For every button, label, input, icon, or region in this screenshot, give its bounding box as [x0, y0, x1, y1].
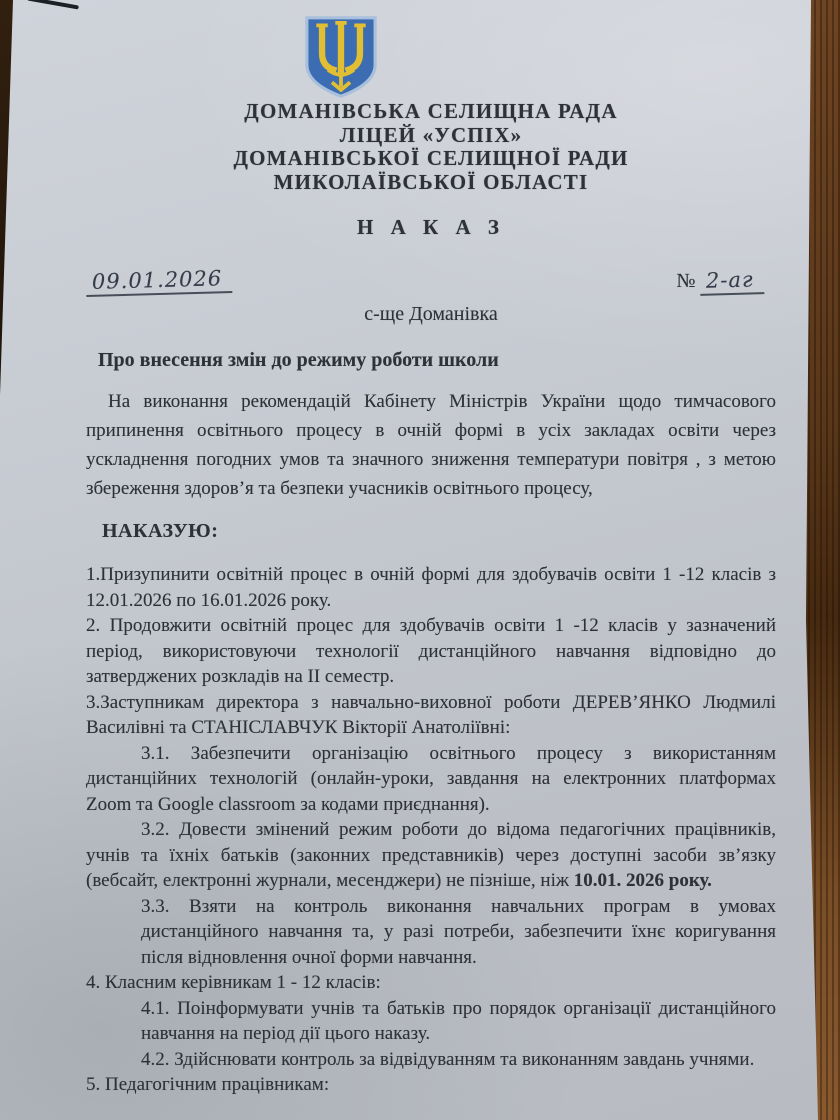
- paper-sheet: ДОМАНІВСЬКА СЕЛИЩНА РАДА ЛІЦЕЙ «УСПІХ» Д…: [0, 0, 840, 1120]
- order-item: 4.1. Поінформувати учнів та батьків про …: [141, 996, 776, 1047]
- order-item: 3.1. Забезпечити організацію освітнього …: [86, 741, 776, 818]
- org-line-4: МИКОЛАЇВСЬКОЇ ОБЛАСТІ: [86, 171, 776, 195]
- document-content: ДОМАНІВСЬКА СЕЛИЩНА РАДА ЛІЦЕЙ «УСПІХ» Д…: [86, 0, 776, 1098]
- number-group: № 2-аг: [676, 268, 764, 295]
- preamble-paragraph: На виконання рекомендацій Кабінету Мініс…: [86, 387, 776, 503]
- date-handwritten: 09.01.2026: [86, 266, 233, 297]
- number-handwritten: 2-аг: [700, 267, 764, 296]
- order-item: 3.2. Довести змінений режим роботи до ві…: [86, 817, 776, 894]
- order-items: 1.Призупинити освітній процес в очній фо…: [86, 562, 776, 1098]
- order-item: 2. Продовжити освітній процес для здобув…: [86, 613, 776, 690]
- org-line-2: ЛІЦЕЙ «УСПІХ»: [86, 124, 776, 148]
- document-photo: ДОМАНІВСЬКА СЕЛИЩНА РАДА ЛІЦЕЙ «УСПІХ» Д…: [0, 0, 840, 1120]
- decree-word: НАКАЗУЮ:: [86, 520, 776, 543]
- subject-line: Про внесення змін до режиму роботи школи: [86, 349, 776, 372]
- number-label: №: [676, 270, 695, 292]
- order-item: 5. Педагогічним працівникам:: [86, 1072, 776, 1098]
- organization-header: ДОМАНІВСЬКА СЕЛИЩНА РАДА ЛІЦЕЙ «УСПІХ» Д…: [86, 100, 776, 194]
- order-item: 4.2. Здійснювати контроль за відвідуванн…: [141, 1047, 776, 1073]
- order-item: 1.Призупинити освітній процес в очній фо…: [86, 562, 776, 613]
- bold-date-emphasis: 10.01. 2026 року.: [574, 870, 712, 891]
- order-item: 3.Заступникам директора з навчально-вихо…: [86, 690, 776, 741]
- org-line-3: ДОМАНІВСЬКОЇ СЕЛИЩНОЇ РАДИ: [86, 147, 776, 171]
- order-item: 3.3. Взяти на контроль виконання навчаль…: [141, 894, 776, 971]
- place-line: с-ще Доманівка: [86, 303, 776, 326]
- order-item: 4. Класним керівникам 1 - 12 класів:: [86, 970, 776, 996]
- document-type-title: Н А К А З: [86, 215, 776, 240]
- meta-row: 09.01.2026 № 2-аг: [86, 268, 776, 295]
- org-line-1: ДОМАНІВСЬКА СЕЛИЩНА РАДА: [86, 100, 776, 124]
